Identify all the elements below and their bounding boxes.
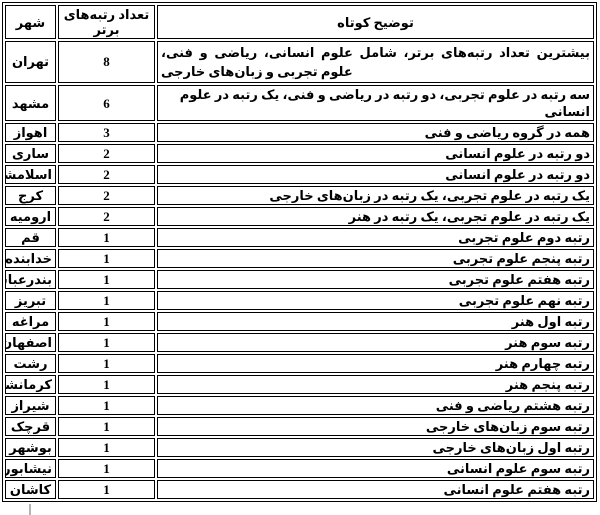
city-cell: بندرعباس xyxy=(5,270,56,289)
table-row: رشت1رتبه چهارم هنر xyxy=(5,354,594,373)
table-row: ارومیه2یک رتبه در علوم تجربی، یک رتبه در… xyxy=(5,207,594,226)
description-cell: رتبه هشتم ریاضی و فنی xyxy=(157,396,594,415)
table-row: ساری2دو رتبه در علوم انسانی xyxy=(5,144,594,163)
city-cell: کاشان xyxy=(5,480,56,499)
city-cell: قم xyxy=(5,228,56,247)
description-cell: رتبه پنجم علوم تجربی xyxy=(157,249,594,268)
description-cell: رتبه سوم هنر xyxy=(157,333,594,352)
count-cell: 1 xyxy=(58,480,155,499)
count-cell: 2 xyxy=(58,144,155,163)
table-row: کرج2یک رتبه در علوم تجربی، یک رتبه در زب… xyxy=(5,186,594,205)
city-cell: ارومیه xyxy=(5,207,56,226)
cursor-artifact xyxy=(29,504,31,515)
count-cell: 1 xyxy=(58,438,155,457)
description-cell: بیشترین تعداد رتبه‌های برتر، شامل علوم ا… xyxy=(157,41,594,83)
count-cell: 1 xyxy=(58,333,155,352)
city-cell: مراغه xyxy=(5,312,56,331)
count-cell: 1 xyxy=(58,312,155,331)
description-cell: رتبه هفتم علوم تجربی xyxy=(157,270,594,289)
city-cell: اهواز xyxy=(5,123,56,142)
table-row: مشهد6سه رتبه در علوم تجربی، دو رتبه در ر… xyxy=(5,85,594,121)
city-cell: نیشابور xyxy=(5,459,56,478)
description-cell: رتبه سوم علوم انسانی xyxy=(157,459,594,478)
table-header: شهر تعداد رتبه‌های برتر توضیح کوتاه xyxy=(5,5,594,39)
description-cell: رتبه چهارم هنر xyxy=(157,354,594,373)
description-cell: همه در گروه ریاضی و فنی xyxy=(157,123,594,142)
header-count: تعداد رتبه‌های برتر xyxy=(58,5,155,39)
table-row: کاشان1رتبه هفتم علوم انسانی xyxy=(5,480,594,499)
table-row: اصفهان1رتبه سوم هنر xyxy=(5,333,594,352)
count-cell: 1 xyxy=(58,249,155,268)
top-ranks-table: شهر تعداد رتبه‌های برتر توضیح کوتاه تهرا… xyxy=(2,2,597,502)
description-cell: رتبه اول زبان‌های خارجی xyxy=(157,438,594,457)
count-cell: 1 xyxy=(58,354,155,373)
description-cell: رتبه پنجم هنر xyxy=(157,375,594,394)
count-cell: 1 xyxy=(58,375,155,394)
description-cell: یک رتبه در علوم تجربی، یک رتبه در هنر xyxy=(157,207,594,226)
header-city: شهر xyxy=(5,5,56,39)
city-cell: ساری xyxy=(5,144,56,163)
table-row: تهران8بیشترین تعداد رتبه‌های برتر، شامل … xyxy=(5,41,594,83)
page: شهر تعداد رتبه‌های برتر توضیح کوتاه تهرا… xyxy=(0,0,600,515)
city-cell: خدابنده xyxy=(5,249,56,268)
description-cell: رتبه سوم زبان‌های خارجی xyxy=(157,417,594,436)
city-cell: تبریز xyxy=(5,291,56,310)
city-cell: اسلامشهر xyxy=(5,165,56,184)
city-cell: شیراز xyxy=(5,396,56,415)
count-cell: 1 xyxy=(58,228,155,247)
table-row: نیشابور1رتبه سوم علوم انسانی xyxy=(5,459,594,478)
count-cell: 1 xyxy=(58,291,155,310)
header-description: توضیح کوتاه xyxy=(157,5,594,39)
table-row: خدابنده1رتبه پنجم علوم تجربی xyxy=(5,249,594,268)
city-cell: مشهد xyxy=(5,85,56,121)
count-cell: 1 xyxy=(58,459,155,478)
table-row: اهواز3همه در گروه ریاضی و فنی xyxy=(5,123,594,142)
count-cell: 3 xyxy=(58,123,155,142)
description-cell: رتبه اول هنر xyxy=(157,312,594,331)
city-cell: بوشهر xyxy=(5,438,56,457)
city-cell: تهران xyxy=(5,41,56,83)
description-cell: دو رتبه در علوم انسانی xyxy=(157,144,594,163)
table-row: قرچک1رتبه سوم زبان‌های خارجی xyxy=(5,417,594,436)
city-cell: اصفهان xyxy=(5,333,56,352)
table-body: تهران8بیشترین تعداد رتبه‌های برتر، شامل … xyxy=(5,41,594,499)
header-row: شهر تعداد رتبه‌های برتر توضیح کوتاه xyxy=(5,5,594,39)
city-cell: کرمانشاه xyxy=(5,375,56,394)
count-cell: 6 xyxy=(58,85,155,121)
table-row: مراغه1رتبه اول هنر xyxy=(5,312,594,331)
count-cell: 1 xyxy=(58,417,155,436)
city-cell: کرج xyxy=(5,186,56,205)
description-cell: دو رتبه در علوم انسانی xyxy=(157,165,594,184)
table-row: شیراز1رتبه هشتم ریاضی و فنی xyxy=(5,396,594,415)
description-cell: سه رتبه در علوم تجربی، دو رتبه در ریاضی … xyxy=(157,85,594,121)
table-row: اسلامشهر2دو رتبه در علوم انسانی xyxy=(5,165,594,184)
table-row: قم1رتبه دوم علوم تجربی xyxy=(5,228,594,247)
city-cell: قرچک xyxy=(5,417,56,436)
description-cell: رتبه هفتم علوم انسانی xyxy=(157,480,594,499)
count-cell: 1 xyxy=(58,396,155,415)
table-row: بوشهر1رتبه اول زبان‌های خارجی xyxy=(5,438,594,457)
city-cell: رشت xyxy=(5,354,56,373)
table-row: بندرعباس1رتبه هفتم علوم تجربی xyxy=(5,270,594,289)
count-cell: 8 xyxy=(58,41,155,83)
description-cell: رتبه دوم علوم تجربی xyxy=(157,228,594,247)
description-cell: یک رتبه در علوم تجربی، یک رتبه در زبان‌ه… xyxy=(157,186,594,205)
table-row: تبریز1رتبه نهم علوم تجربی xyxy=(5,291,594,310)
count-cell: 2 xyxy=(58,186,155,205)
count-cell: 2 xyxy=(58,207,155,226)
count-cell: 2 xyxy=(58,165,155,184)
count-cell: 1 xyxy=(58,270,155,289)
table-row: کرمانشاه1رتبه پنجم هنر xyxy=(5,375,594,394)
description-cell: رتبه نهم علوم تجربی xyxy=(157,291,594,310)
